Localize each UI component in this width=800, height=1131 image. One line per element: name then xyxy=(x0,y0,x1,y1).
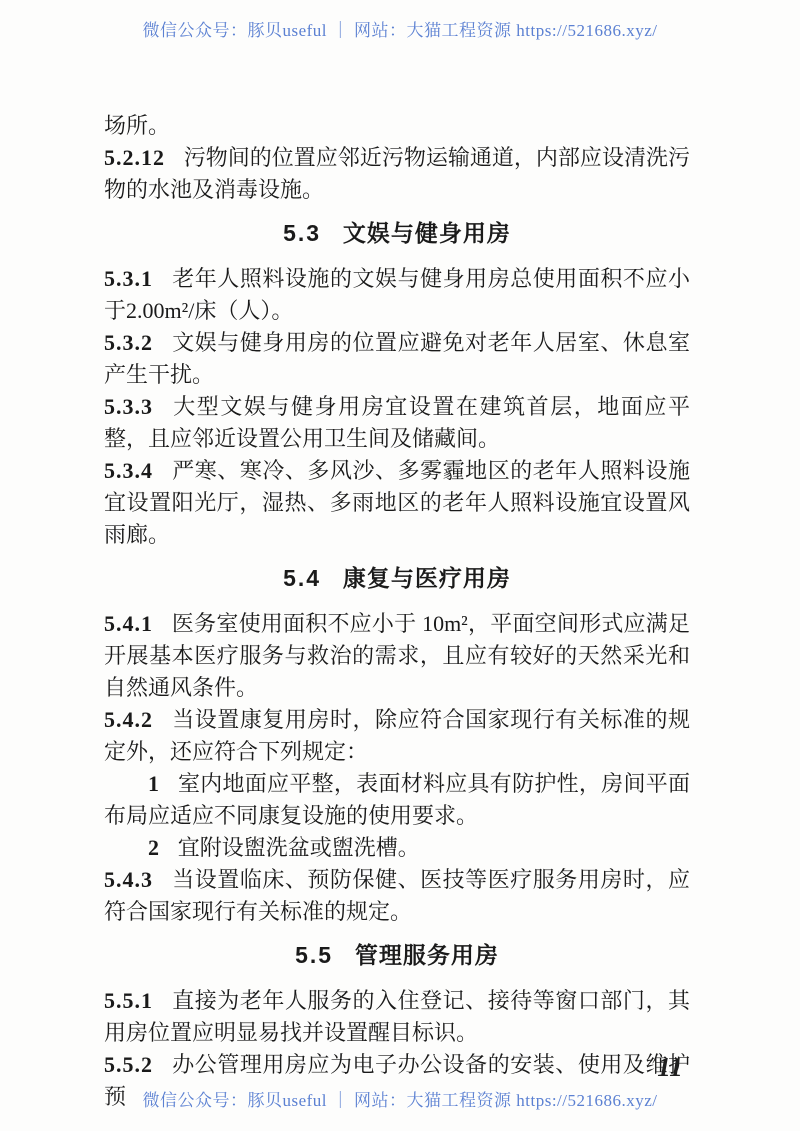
header-watermark: 微信公众号：豚贝useful ｜ 网站：大猫工程资源 https://52168… xyxy=(0,16,800,41)
sub-item-number: 1 xyxy=(148,771,159,796)
section-heading-5.4: 5.4康复与医疗用房 xyxy=(104,562,690,595)
clause-5.4.2: 5.4.2当设置康复用房时，除应符合国家现行有关标准的规定外，还应符合下列规定： xyxy=(104,704,690,768)
clause-text: 直接为老年人服务的入住登记、接待等窗口部门，其用房位置应明显易找并设置醒目标识。 xyxy=(104,988,690,1045)
clause-5.3.2: 5.3.2文娱与健身用房的位置应避免对老年人居室、休息室产生干扰。 xyxy=(104,327,690,391)
paragraph: 场所。 xyxy=(104,110,690,142)
clause-number: 5.5.2 xyxy=(104,1052,153,1077)
clause-number: 5.3.2 xyxy=(104,330,153,355)
clause-5.3.1: 5.3.1老年人照料设施的文娱与健身用房总使用面积不应小于2.00m²/床（人）… xyxy=(104,263,690,327)
footer-watermark: 微信公众号：豚贝useful ｜ 网站：大猫工程资源 https://52168… xyxy=(0,1086,800,1111)
clause-number: 5.5.1 xyxy=(104,988,153,1013)
clause-text: 医务室使用面积不应小于 10m²，平面空间形式应满足开展基本医疗服务与救治的需求… xyxy=(104,611,690,700)
sub-item-text: 宜附设盥洗盆或盥洗槽。 xyxy=(178,835,420,860)
section-number: 5.3 xyxy=(283,220,321,246)
document-page: 微信公众号：豚贝useful ｜ 网站：大猫工程资源 https://52168… xyxy=(0,0,800,1131)
clause-number: 5.4.2 xyxy=(104,707,153,732)
clause-text: 严寒、寒冷、多风沙、多雾霾地区的老年人照料设施宜设置阳光厅，湿热、多雨地区的老年… xyxy=(104,458,690,547)
sub-item-1: 1室内地面应平整，表面材料应具有防护性，房间平面布局应适应不同康复设施的使用要求… xyxy=(104,768,690,832)
clause-text: 当设置康复用房时，除应符合国家现行有关标准的规定外，还应符合下列规定： xyxy=(104,707,690,764)
page-number: 11 xyxy=(640,1052,700,1083)
sub-item-number: 2 xyxy=(148,835,159,860)
clause-number: 5.3.3 xyxy=(104,394,153,419)
sub-item-text: 室内地面应平整，表面材料应具有防护性，房间平面布局应适应不同康复设施的使用要求。 xyxy=(104,771,690,828)
section-heading-5.3: 5.3文娱与健身用房 xyxy=(104,217,690,250)
section-title: 文娱与健身用房 xyxy=(343,220,511,246)
clause-number: 5.4.3 xyxy=(104,867,153,892)
clause-number: 5.2.12 xyxy=(104,145,165,170)
clause-text: 污物间的位置应邻近污物运输通道，内部应设清洗污物的水池及消毒设施。 xyxy=(104,145,690,202)
clause-5.2.12: 5.2.12污物间的位置应邻近污物运输通道，内部应设清洗污物的水池及消毒设施。 xyxy=(104,142,690,206)
clause-5.5.1: 5.5.1直接为老年人服务的入住登记、接待等窗口部门，其用房位置应明显易找并设置… xyxy=(104,985,690,1049)
section-title: 管理服务用房 xyxy=(355,942,499,968)
document-body: 场所。5.2.12污物间的位置应邻近污物运输通道，内部应设清洗污物的水池及消毒设… xyxy=(104,110,690,1113)
section-number: 5.5 xyxy=(295,942,333,968)
section-number: 5.4 xyxy=(283,565,321,591)
clause-text: 大型文娱与健身用房宜设置在建筑首层，地面应平整，且应邻近设置公用卫生间及储藏间。 xyxy=(104,394,690,451)
clause-text: 文娱与健身用房的位置应避免对老年人居室、休息室产生干扰。 xyxy=(104,330,690,387)
clause-number: 5.4.1 xyxy=(104,611,153,636)
section-title: 康复与医疗用房 xyxy=(343,565,511,591)
clause-5.3.3: 5.3.3大型文娱与健身用房宜设置在建筑首层，地面应平整，且应邻近设置公用卫生间… xyxy=(104,391,690,455)
sub-item-2: 2宜附设盥洗盆或盥洗槽。 xyxy=(104,832,690,864)
clause-5.4.3: 5.4.3当设置临床、预防保健、医技等医疗服务用房时，应符合国家现行有关标准的规… xyxy=(104,864,690,928)
clause-5.4.1: 5.4.1医务室使用面积不应小于 10m²，平面空间形式应满足开展基本医疗服务与… xyxy=(104,608,690,704)
clause-text: 当设置临床、预防保健、医技等医疗服务用房时，应符合国家现行有关标准的规定。 xyxy=(104,867,690,924)
clause-text: 老年人照料设施的文娱与健身用房总使用面积不应小于2.00m²/床（人）。 xyxy=(104,266,690,323)
clause-number: 5.3.4 xyxy=(104,458,153,483)
clause-5.3.4: 5.3.4严寒、寒冷、多风沙、多雾霾地区的老年人照料设施宜设置阳光厅，湿热、多雨… xyxy=(104,455,690,551)
section-heading-5.5: 5.5管理服务用房 xyxy=(104,939,690,972)
clause-number: 5.3.1 xyxy=(104,266,153,291)
